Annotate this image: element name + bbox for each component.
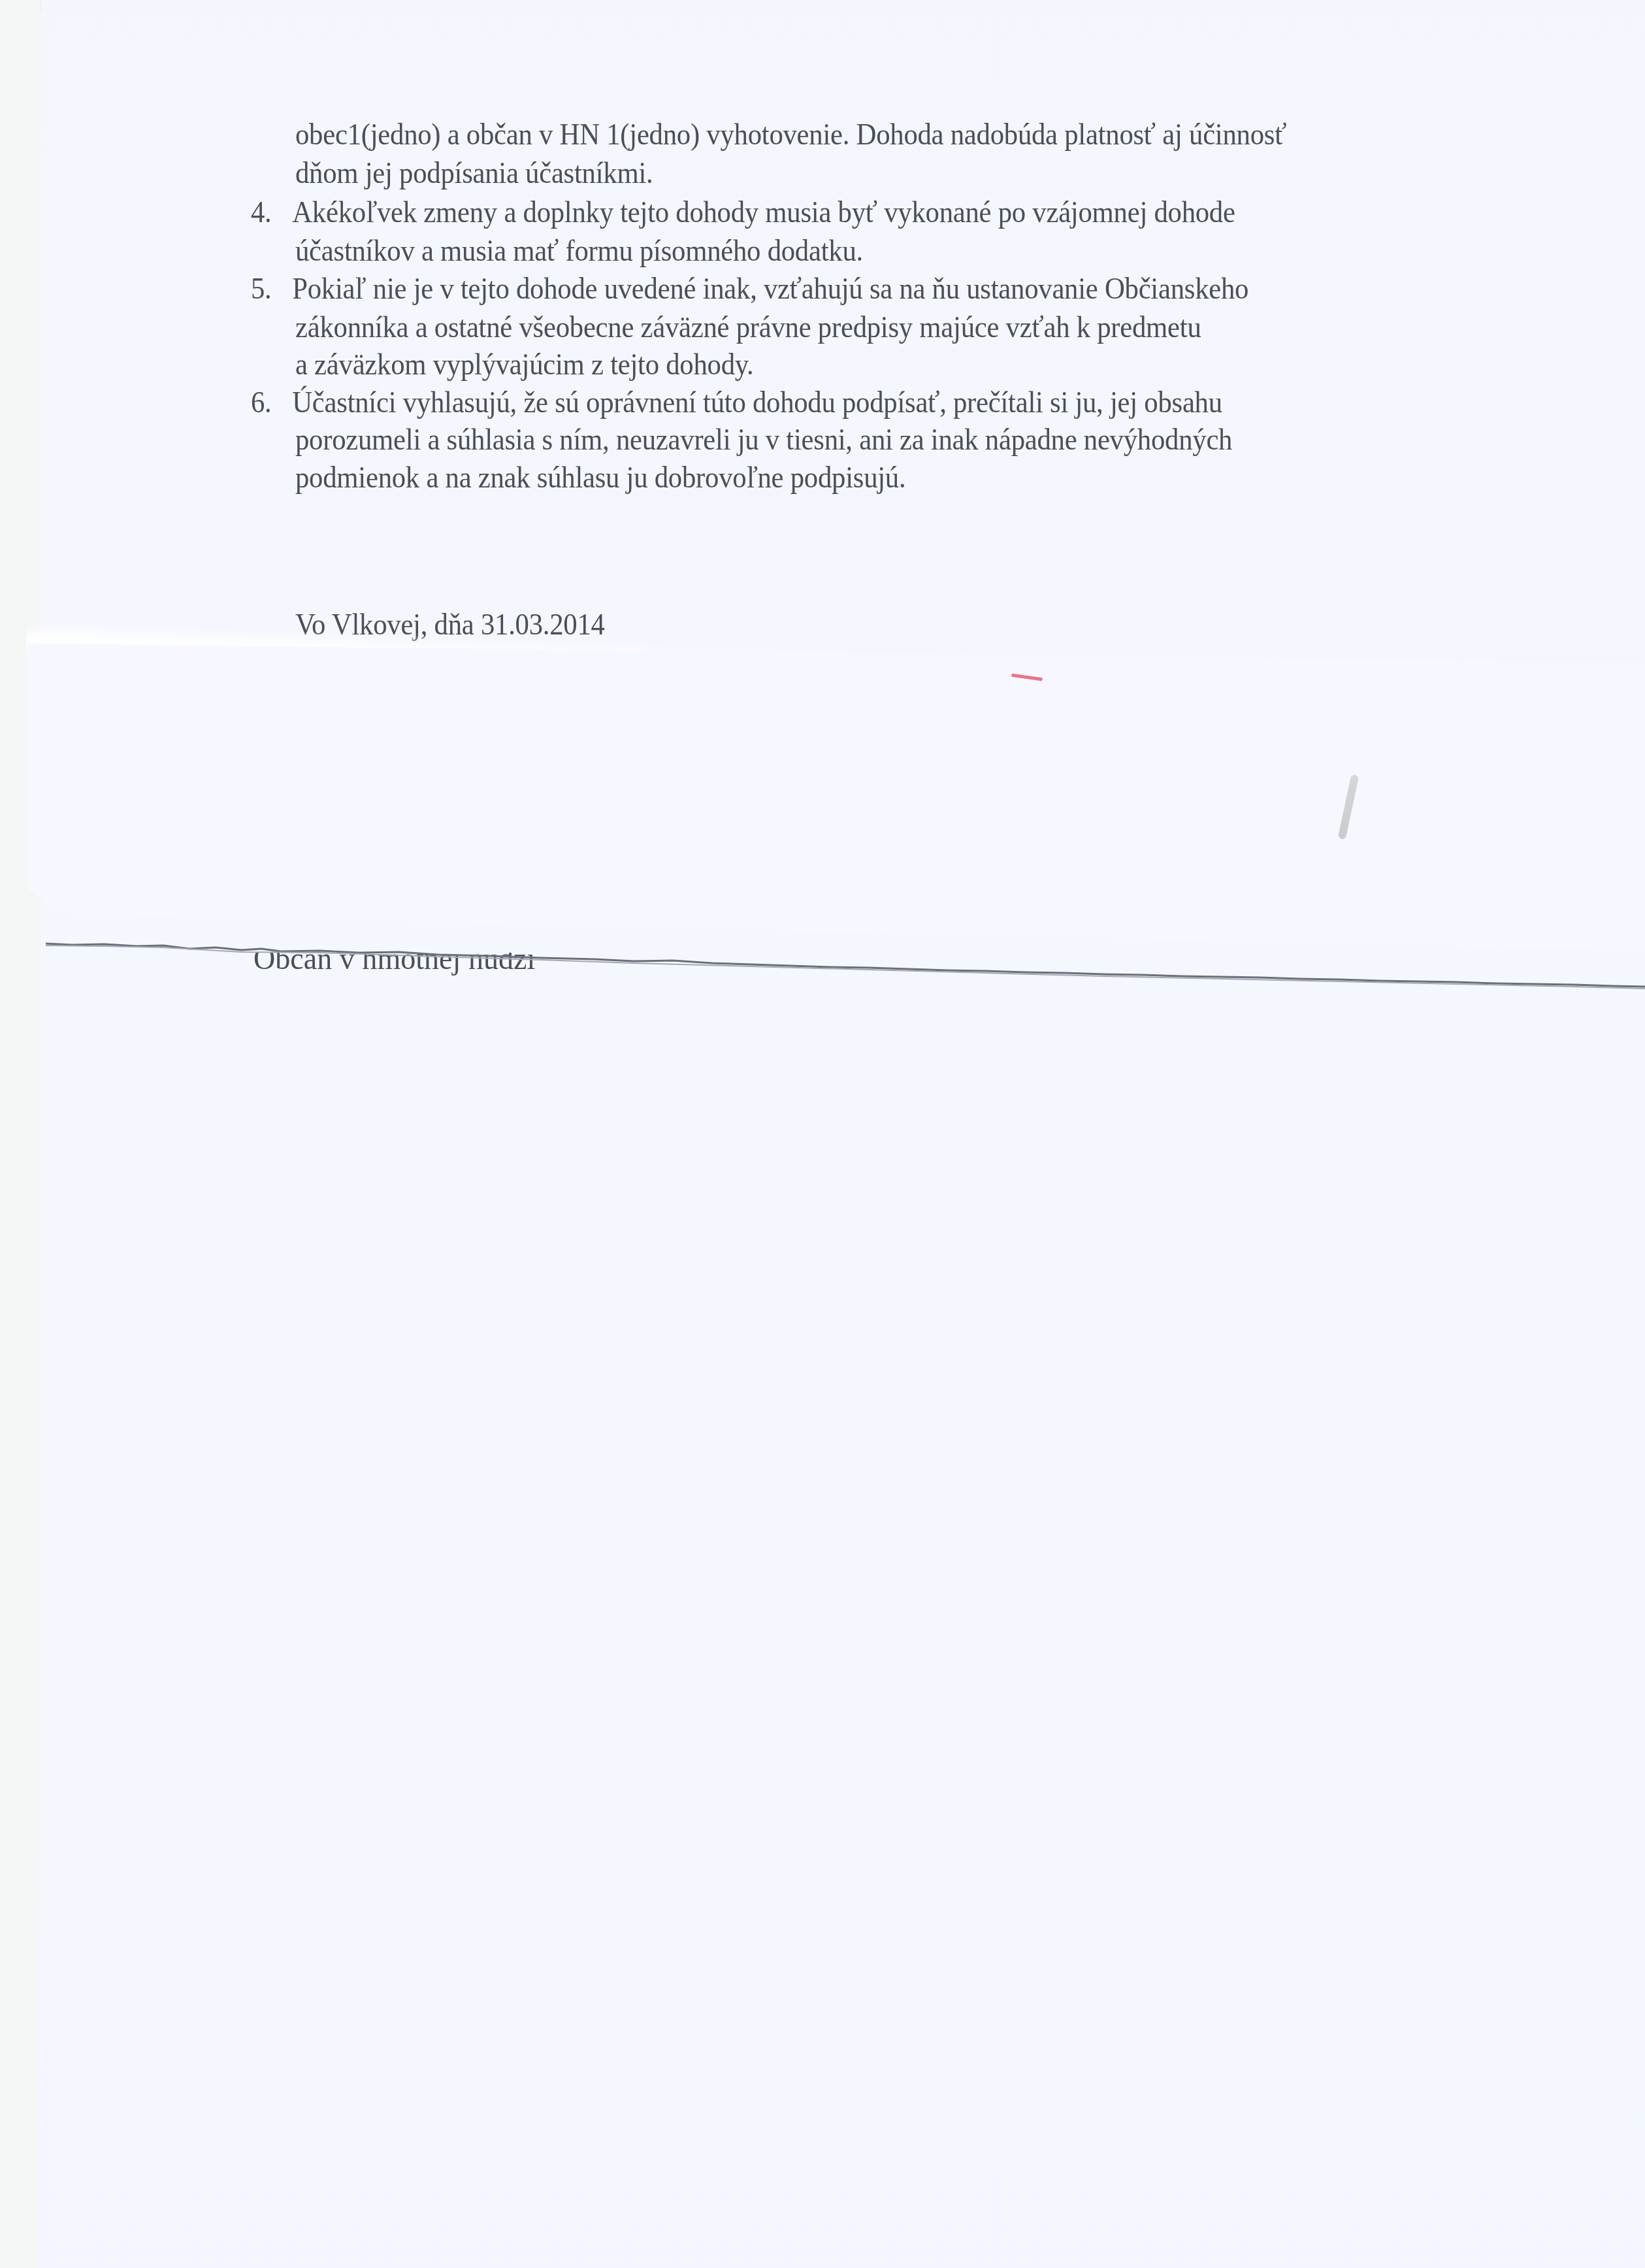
paper-sheet	[41, 12, 1645, 2268]
clause-number: 6.	[251, 384, 292, 421]
continuation-line-2: dňom jej podpísania účastníkmi.	[295, 155, 653, 191]
clause-text: Pokiaľ nie je v tejto dohode uvedené ina…	[292, 272, 1248, 305]
clause-text: Účastníci vyhlasujú, že sú oprávnení tút…	[292, 386, 1222, 419]
clause-6-line-3: podmienok a na znak súhlasu ju dobrovoľn…	[295, 459, 905, 496]
clause-number: 5.	[251, 271, 292, 307]
clause-6: 6.Účastníci vyhlasujú, že sú oprávnení t…	[251, 384, 1222, 421]
torn-paper-edge	[46, 934, 1645, 993]
clause-5-line-3: a záväzkom vyplývajúcim z tejto dohody.	[295, 346, 754, 383]
clause-4: 4.Akékoľvek zmeny a doplnky tejto dohody…	[251, 194, 1235, 231]
clause-5-line-2: zákonníka a ostatné všeobecne záväzné pr…	[295, 309, 1201, 346]
clause-number: 4.	[251, 194, 292, 231]
folded-paper-flap	[29, 644, 1645, 951]
clause-6-line-2: porozumeli a súhlasia s ním, neuzavreli …	[295, 421, 1232, 458]
continuation-line-1: obec1(jedno) a občan v HN 1(jedno) vyhot…	[295, 116, 1286, 153]
clause-5: 5.Pokiaľ nie je v tejto dohode uvedené i…	[251, 271, 1248, 307]
clause-text: Akékoľvek zmeny a doplnky tejto dohody m…	[292, 195, 1235, 229]
clause-4-line-2: účastníkov a musia mať formu písomného d…	[295, 233, 863, 269]
scanner-edge	[0, 0, 41, 2268]
